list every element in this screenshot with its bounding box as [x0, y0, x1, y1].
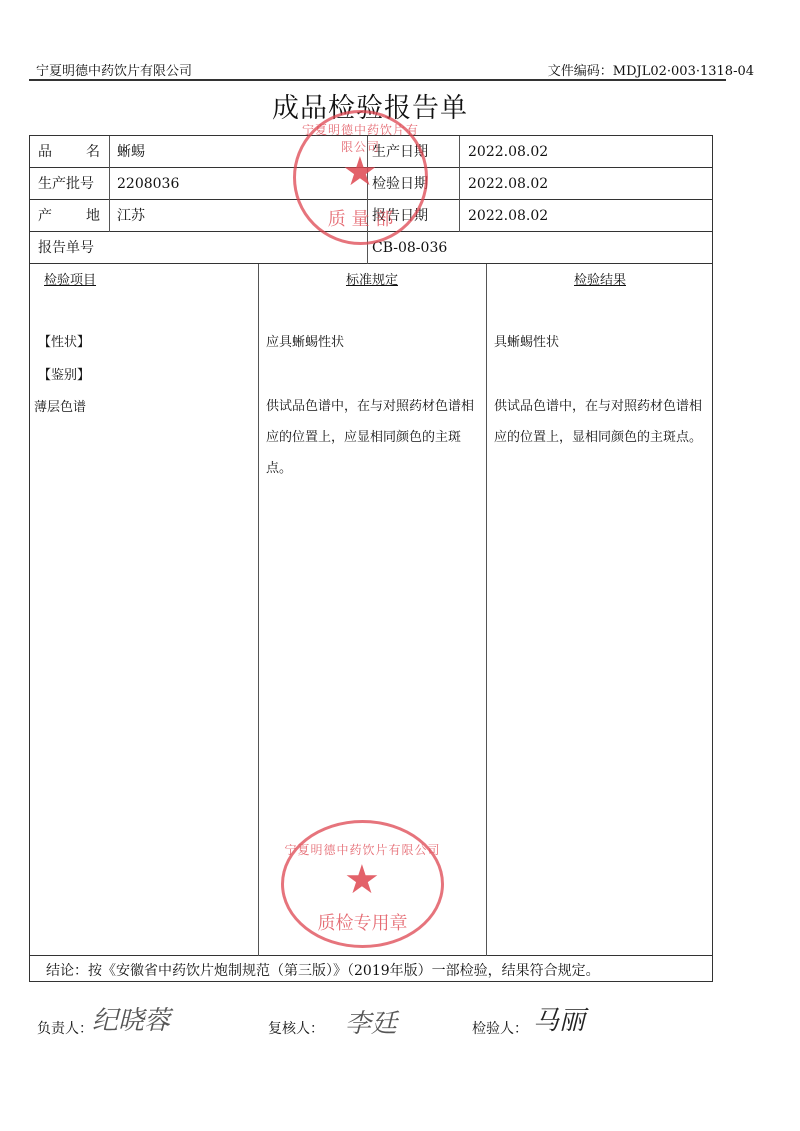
row-divider — [30, 167, 712, 168]
row-divider — [30, 263, 712, 264]
prod-date: 2022.08.02 — [468, 143, 548, 161]
col-divider — [367, 136, 368, 264]
inspector-label: 检验人： — [472, 1018, 528, 1038]
col-head-result: 检验结果 — [486, 272, 714, 290]
responsible-signature: 纪晓蓉 — [92, 1000, 170, 1037]
item-tlc: 薄层色谱 — [34, 399, 86, 417]
conclusion: 结论：按《安徽省中药饮片炮制规范（第三版）》（2019年版）一部检验，结果符合规… — [46, 962, 600, 980]
item-character: 【性状】 — [38, 334, 90, 352]
batch-number: 2208036 — [117, 175, 179, 193]
origin-label: 产 地 — [38, 207, 100, 225]
col-divider — [459, 136, 460, 232]
row-divider — [30, 231, 712, 232]
label-char: 产 — [38, 207, 52, 225]
report-table: 品 名 蜥蜴 生产批号 2208036 产 地 江苏 报告单号 CB-08-03… — [29, 135, 713, 982]
document-code: 文件编码：MDJL02·003·1318-04 — [548, 60, 754, 79]
result-tlc: 供试品色谱中，在与对照药材色谱相应的位置上，显相同颜色的主斑点。 — [494, 391, 714, 453]
reviewer-label: 复核人： — [268, 1018, 324, 1038]
result-character: 具蜥蜴性状 — [494, 334, 559, 352]
prod-date-label: 生产日期 — [372, 143, 428, 161]
origin: 江苏 — [117, 207, 145, 225]
page-title: 成品检验报告单 — [0, 86, 740, 125]
col-divider — [486, 264, 487, 956]
product-name-label: 品 名 — [38, 143, 100, 161]
company-name: 宁夏明德中药饮片有限公司 — [36, 60, 192, 79]
batch-label: 生产批号 — [38, 175, 94, 193]
col-head-item: 检验项目 — [44, 272, 96, 290]
report-no-label: 报告单号 — [38, 239, 94, 257]
product-name: 蜥蜴 — [117, 143, 145, 161]
col-divider — [258, 264, 259, 956]
row-divider — [30, 955, 712, 956]
col-head-standard: 标准规定 — [258, 272, 486, 290]
row-divider — [30, 199, 712, 200]
inspect-date: 2022.08.02 — [468, 175, 548, 193]
label-char: 地 — [86, 207, 100, 225]
report-date: 2022.08.02 — [468, 207, 548, 225]
col-divider — [109, 136, 110, 232]
item-identification: 【鉴别】 — [38, 367, 90, 385]
report-date-label: 报告日期 — [372, 207, 428, 225]
responsible-label: 负责人： — [37, 1018, 93, 1038]
inspector-signature: 马丽 — [533, 1000, 585, 1037]
inspect-date-label: 检验日期 — [372, 175, 428, 193]
header-rule — [29, 79, 726, 81]
report-no: CB-08-036 — [372, 239, 447, 257]
label-char: 品 — [38, 143, 52, 161]
standard-character: 应具蜥蜴性状 — [266, 334, 344, 352]
label-char: 名 — [86, 143, 100, 161]
standard-tlc: 供试品色谱中，在与对照药材色谱相应的位置上，应显相同颜色的主斑点。 — [266, 391, 486, 484]
reviewer-signature: 李廷 — [345, 1003, 397, 1040]
